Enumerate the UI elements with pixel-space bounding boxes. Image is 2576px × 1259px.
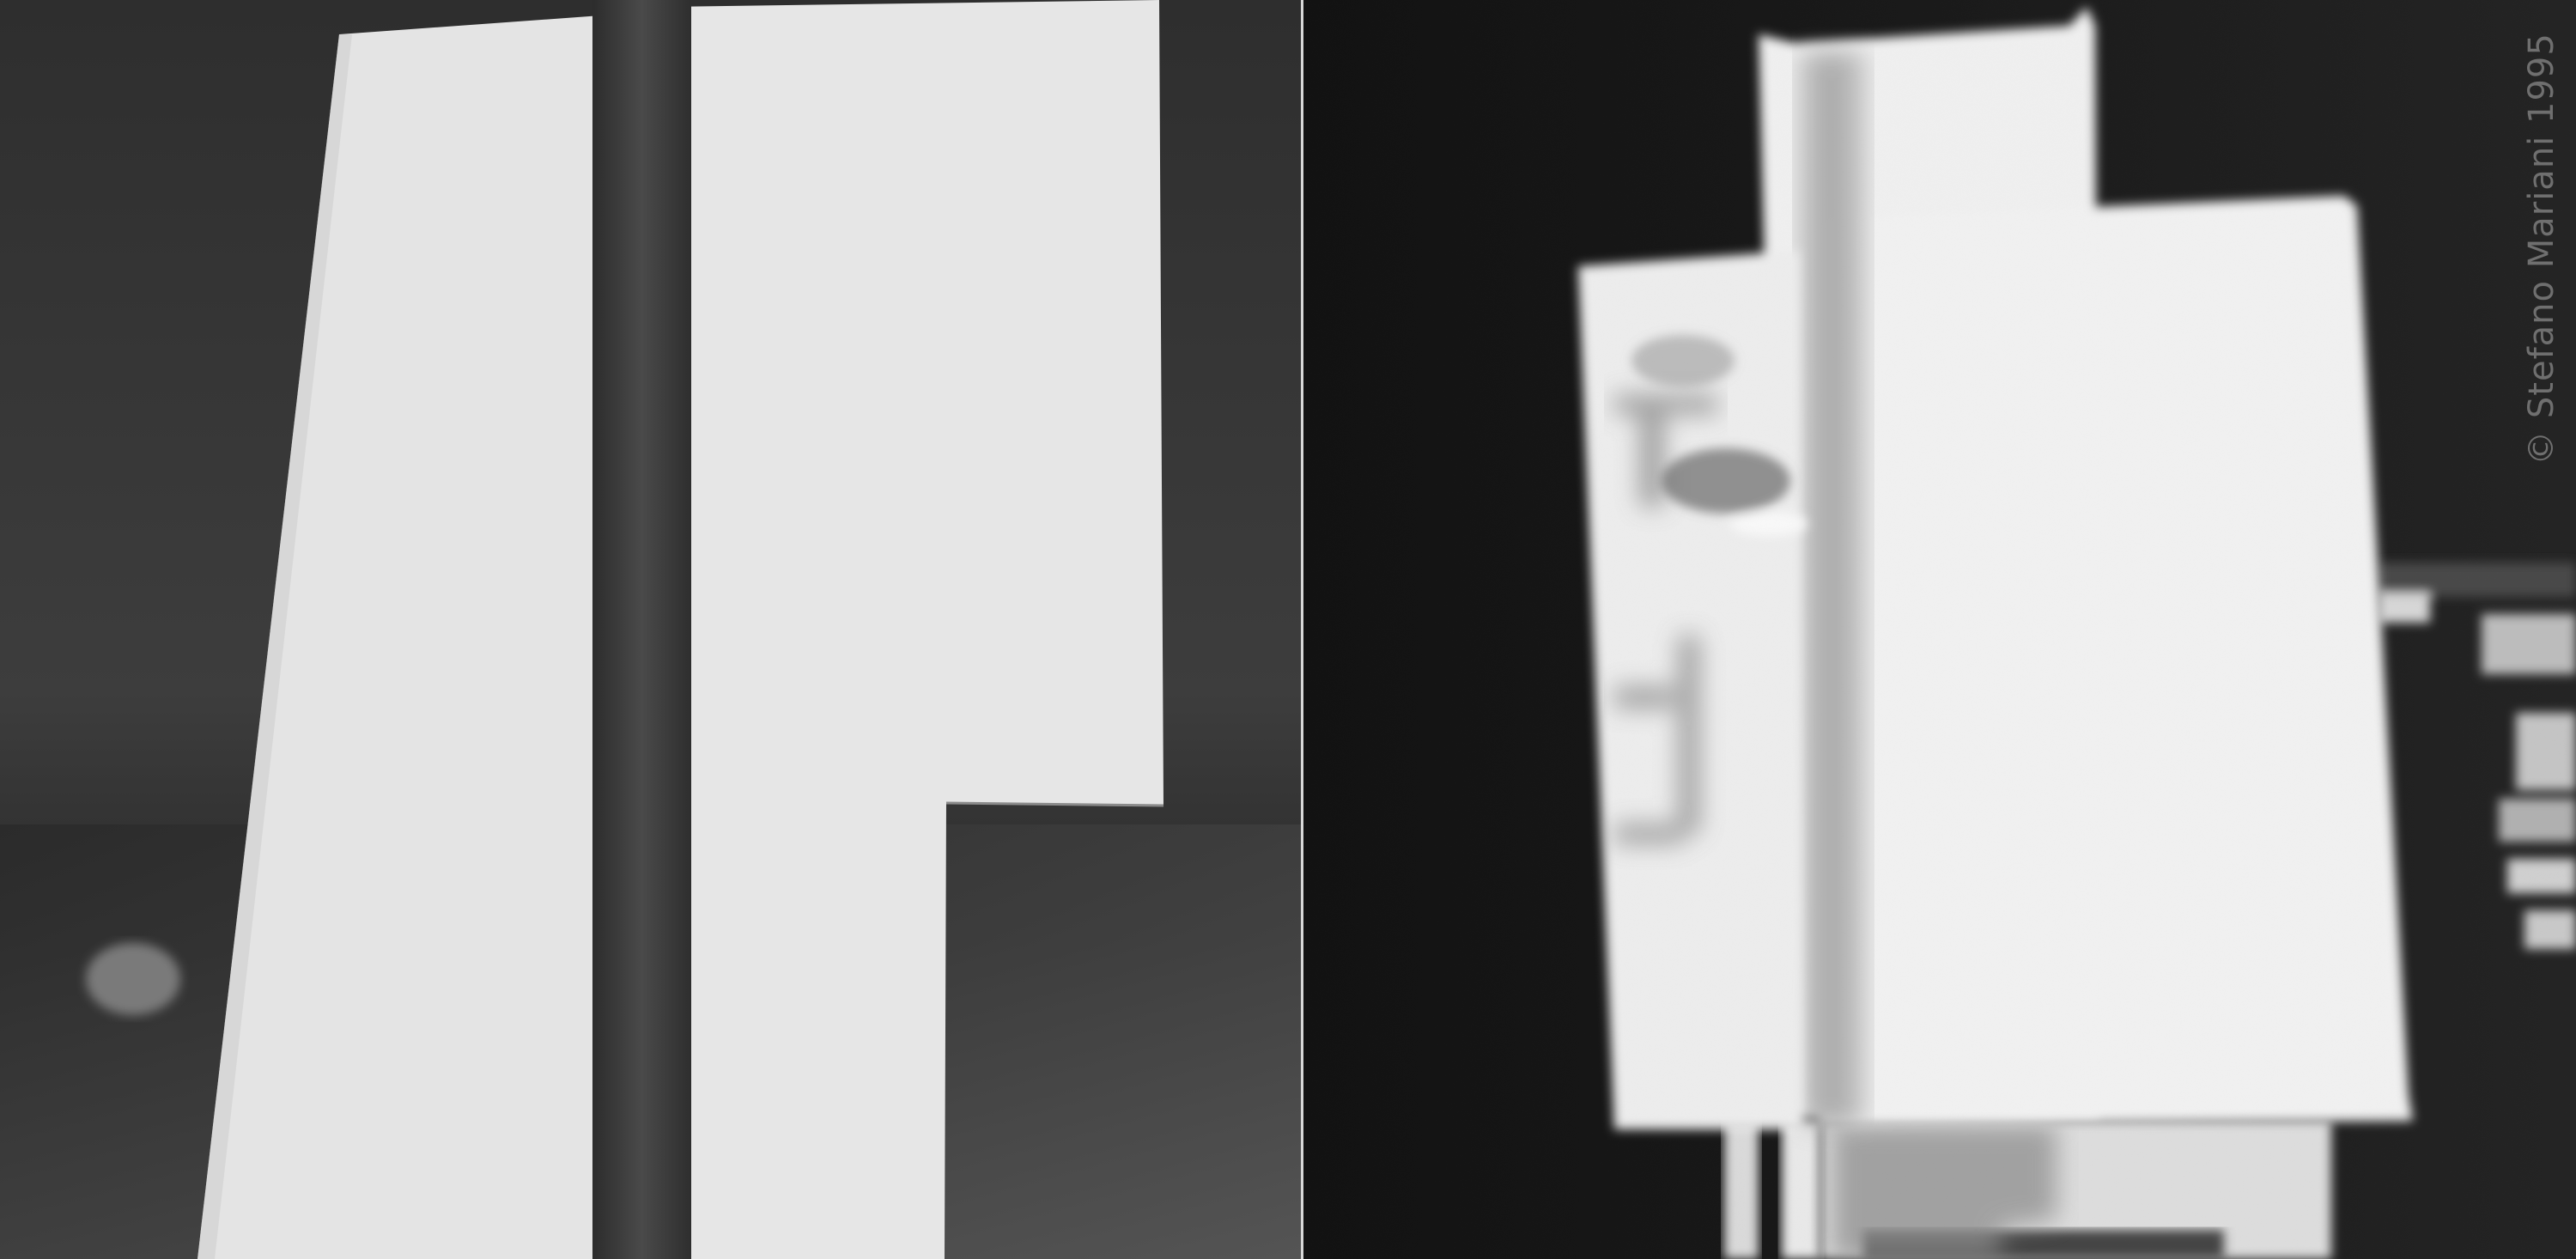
right-photo bbox=[1303, 0, 2576, 1259]
copyright-watermark: © Stefano Mariani 1995 bbox=[2522, 33, 2561, 465]
photo-diptych bbox=[0, 0, 2576, 1259]
left-photo bbox=[0, 0, 1302, 1259]
diptych-divider bbox=[1301, 0, 1303, 1259]
floor-object bbox=[86, 943, 180, 1015]
